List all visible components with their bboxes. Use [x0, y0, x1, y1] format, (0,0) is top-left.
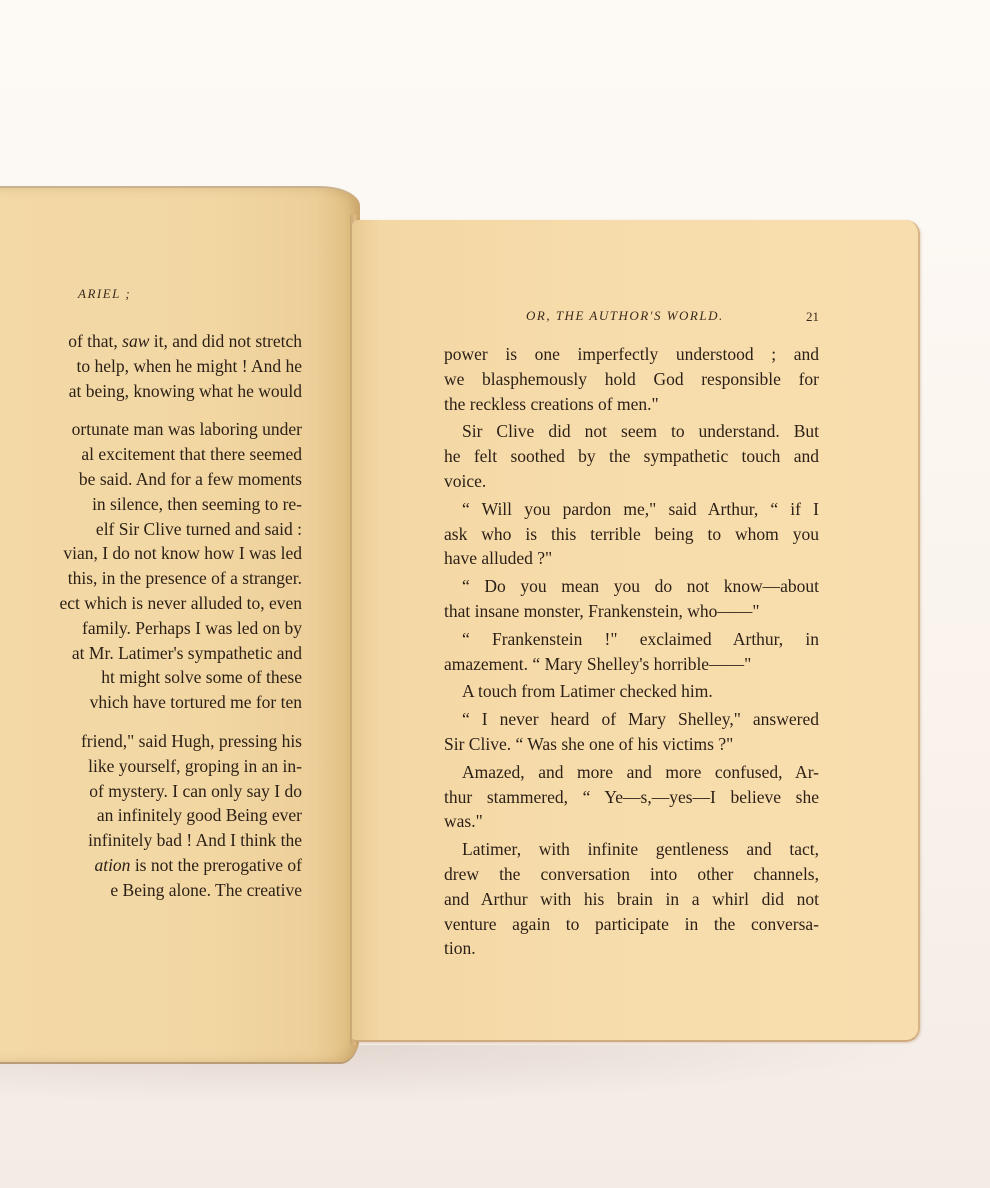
text-line: elf Sir Clive turned and said : [0, 517, 302, 542]
text-line: Sir Clive did not seem to understand. Bu… [444, 419, 819, 444]
paragraph: “ Frankenstein !" exclaimed Arthur, inam… [444, 627, 819, 677]
paragraph: Sir Clive did not seem to understand. Bu… [444, 419, 819, 493]
text-line: like yourself, groping in an in- [0, 754, 302, 779]
left-page-text: of that, saw it, and did not stretch to … [0, 329, 302, 903]
text-line: the reckless creations of men." [444, 392, 819, 417]
text-line: family. Perhaps I was led on by [0, 616, 302, 641]
text-line: al excitement that there seemed [0, 442, 302, 467]
text-line: drew the conversation into other channel… [444, 862, 819, 887]
text-line: have alluded ?" [444, 546, 819, 571]
right-page: OR, THE AUTHOR'S WORLD. 21 power is one … [352, 220, 920, 1042]
text-line: friend," said Hugh, pressing his [0, 729, 302, 754]
text-line: tion. [444, 936, 819, 961]
right-running-head: OR, THE AUTHOR'S WORLD. [526, 308, 724, 324]
text-line: power is one imperfectly understood ; an… [444, 342, 819, 367]
text-line: Amazed, and more and more confused, Ar- [444, 760, 819, 785]
text-line: of that, saw it, and did not stretch [0, 329, 302, 354]
text-line: “ Will you pardon me," said Arthur, “ if… [444, 497, 819, 522]
paragraph: Amazed, and more and more confused, Ar-t… [444, 760, 819, 834]
text-line: to help, when he might ! And he [0, 354, 302, 379]
text-line: ht might solve some of these [0, 665, 302, 690]
left-page: ARIEL ; of that, saw it, and did not str… [0, 186, 360, 1064]
text-line: vian, I do not know how I was led [0, 541, 302, 566]
text-line: A touch from Latimer checked him. [444, 679, 819, 704]
text-line: “ Frankenstein !" exclaimed Arthur, in [444, 627, 819, 652]
paragraph: “ Do you mean you do not know—aboutthat … [444, 574, 819, 624]
text-line: thur stammered, “ Ye—s,—yes—I believe sh… [444, 785, 819, 810]
text-line: at Mr. Latimer's sympathetic and [0, 641, 302, 666]
text-line: infinitely bad ! And I think the [0, 828, 302, 853]
paragraph: power is one imperfectly understood ; an… [444, 342, 819, 416]
text-line: “ I never heard of Mary Shelley," answer… [444, 707, 819, 732]
text-line: this, in the presence of a stranger. [0, 566, 302, 591]
text-line: in silence, then seeming to re- [0, 492, 302, 517]
text-line: at being, knowing what he would [0, 379, 302, 404]
text-line: an infinitely good Being ever [0, 803, 302, 828]
paragraph: “ I never heard of Mary Shelley," answer… [444, 707, 819, 757]
text-line: Latimer, with infinite gentleness and ta… [444, 837, 819, 862]
text-line: that insane monster, Frankenstein, who——… [444, 599, 819, 624]
text-line: ect which is never alluded to, even [0, 591, 302, 616]
text-line: “ Do you mean you do not know—about [444, 574, 819, 599]
text-line: ask who is this terrible being to whom y… [444, 522, 819, 547]
right-page-text: power is one imperfectly understood ; an… [444, 342, 819, 964]
text-line: ortunate man was laboring under [0, 417, 302, 442]
text-line: we blasphemously hold God responsible fo… [444, 367, 819, 392]
text-line: Sir Clive. “ Was she one of his victims … [444, 732, 819, 757]
left-running-head: ARIEL ; [78, 286, 131, 302]
text-line: of mystery. I can only say I do [0, 779, 302, 804]
text-line: vhich have tortured me for ten [0, 690, 302, 715]
text-line: amazement. “ Mary Shelley's horrible——" [444, 652, 819, 677]
paragraph: Latimer, with infinite gentleness and ta… [444, 837, 819, 961]
text-line: was." [444, 809, 819, 834]
text-line: venture again to participate in the conv… [444, 912, 819, 937]
text-line: he felt soothed by the sympathetic touch… [444, 444, 819, 469]
text-line: ation is not the prerogative of [0, 853, 302, 878]
text-line: and Arthur with his brain in a whirl did… [444, 887, 819, 912]
page-number: 21 [806, 309, 819, 325]
paragraph: “ Will you pardon me," said Arthur, “ if… [444, 497, 819, 571]
text-line: be said. And for a few moments [0, 467, 302, 492]
paragraph: A touch from Latimer checked him. [444, 679, 819, 704]
text-line: voice. [444, 469, 819, 494]
text-line: e Being alone. The creative [0, 878, 302, 903]
